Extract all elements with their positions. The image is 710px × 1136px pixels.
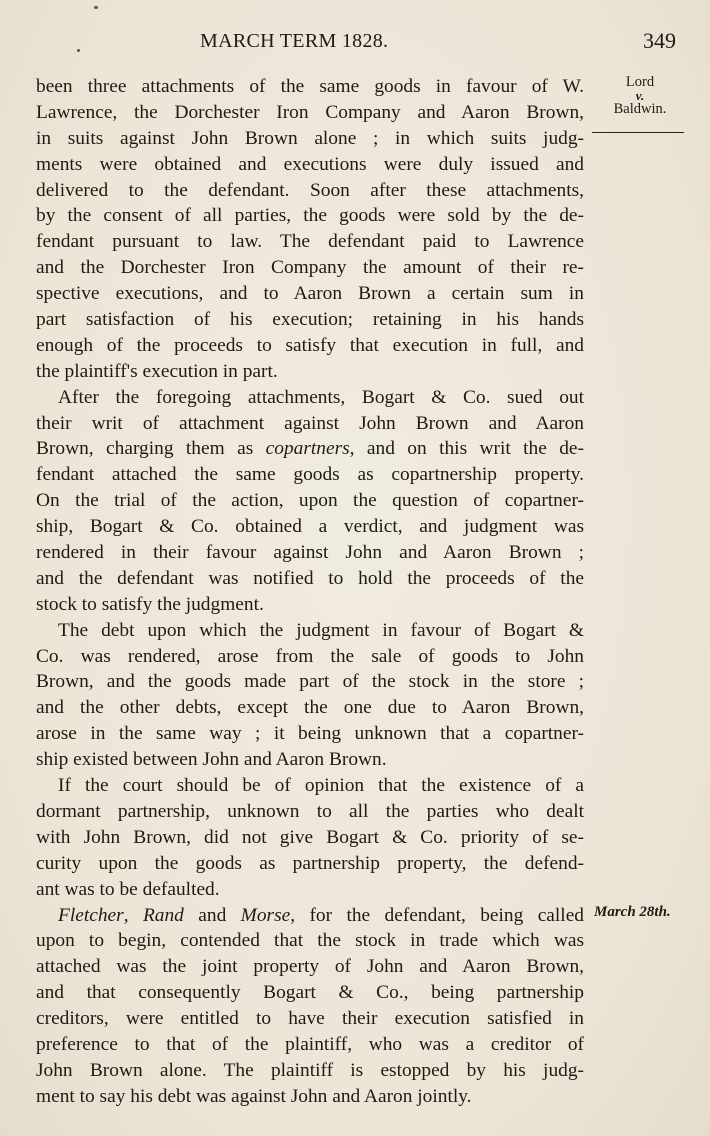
text-line-mixed: Brown, charging them as copartners, and … xyxy=(36,436,584,462)
text-line: part satisfaction of his execution; reta… xyxy=(36,307,584,333)
text-line: Co. was rendered, arose from the sale of… xyxy=(36,644,584,670)
text-line: ship, Bogart & Co. obtained a verdict, a… xyxy=(36,514,584,540)
case-defendant: Baldwin. xyxy=(614,101,667,117)
text-line: dormant partnership, unknown to all the … xyxy=(36,799,584,825)
text-line: the plaintiff's execution in part. xyxy=(36,359,584,385)
running-head: MARCH TERM 1828. xyxy=(200,30,388,53)
page-header: MARCH TERM 1828. 349 xyxy=(0,28,710,58)
text-line: John Brown alone. The plaintiff is estop… xyxy=(36,1058,584,1084)
text-line: and the defendant was notified to hold t… xyxy=(36,566,584,592)
text-line: enough of the proceeds to satisfy that e… xyxy=(36,333,584,359)
text-line: After the foregoing attachments, Bogart … xyxy=(36,385,584,411)
page-number: 349 xyxy=(643,28,676,54)
case-name-sidenote: Lord v. Baldwin. xyxy=(600,74,680,117)
date-sidenote: March 28th. xyxy=(594,904,671,921)
ink-speck xyxy=(94,6,98,9)
text-line: stock to satisfy the judgment. xyxy=(36,592,584,618)
text-line: curity upon the goods as partnership pro… xyxy=(36,851,584,877)
text-line: and the Dorchester Iron Company the amou… xyxy=(36,255,584,281)
sidenote-rule xyxy=(592,132,684,133)
counsel-name: Fletcher xyxy=(58,905,124,926)
text-run: Brown, charging them as xyxy=(36,438,266,459)
body-text: been three attachments of the same goods… xyxy=(36,74,584,1110)
text-line: arose in the same way ; it being unknown… xyxy=(36,721,584,747)
text-line: in suits against John Brown alone ; in w… xyxy=(36,126,584,152)
text-run: , and on this writ the de- xyxy=(350,438,584,459)
text-line: preference to that of the plaintiff, who… xyxy=(36,1032,584,1058)
text-line: upon to begin, contended that the stock … xyxy=(36,928,584,954)
italic-term: copartners xyxy=(266,438,350,459)
text-line: delivered to the defendant. Soon after t… xyxy=(36,178,584,204)
text-line: been three attachments of the same goods… xyxy=(36,74,584,100)
text-run: , for the defendant, being called xyxy=(290,905,584,926)
text-line: attached was the joint property of John … xyxy=(36,954,584,980)
text-line: with John Brown, did not give Bogart & C… xyxy=(36,825,584,851)
text-line: ment to say his debt was against John an… xyxy=(36,1084,584,1110)
text-line: ments were obtained and executions were … xyxy=(36,152,584,178)
text-line: their writ of attachment against John Br… xyxy=(36,411,584,437)
text-line: rendered in their favour against John an… xyxy=(36,540,584,566)
counsel-name: Morse xyxy=(241,905,291,926)
text-run: , xyxy=(124,905,143,926)
text-line: On the trial of the action, upon the que… xyxy=(36,488,584,514)
text-line-mixed: Fletcher, Rand and Morse, for the defend… xyxy=(36,903,584,929)
text-line: Brown, and the goods made part of the st… xyxy=(36,669,584,695)
text-line: and the other debts, except the one due … xyxy=(36,695,584,721)
text-run: and xyxy=(184,905,241,926)
text-line: If the court should be of opinion that t… xyxy=(36,773,584,799)
text-line: ant was to be defaulted. xyxy=(36,877,584,903)
text-line: fendant attached the same goods as copar… xyxy=(36,462,584,488)
book-page: MARCH TERM 1828. 349 Lord v. Baldwin. Ma… xyxy=(0,0,710,1136)
text-line: creditors, were entitled to have their e… xyxy=(36,1006,584,1032)
text-line: ship existed between John and Aaron Brow… xyxy=(36,747,584,773)
text-line: fendant pursuant to law. The defendant p… xyxy=(36,229,584,255)
case-versus: v. xyxy=(600,90,680,101)
text-line: Lawrence, the Dorchester Iron Company an… xyxy=(36,100,584,126)
text-line: spective executions, and to Aaron Brown … xyxy=(36,281,584,307)
text-line: The debt upon which the judgment in favo… xyxy=(36,618,584,644)
text-line: and that consequently Bogart & Co., bein… xyxy=(36,980,584,1006)
text-line: by the consent of all parties, the goods… xyxy=(36,203,584,229)
counsel-name: Rand xyxy=(143,905,184,926)
